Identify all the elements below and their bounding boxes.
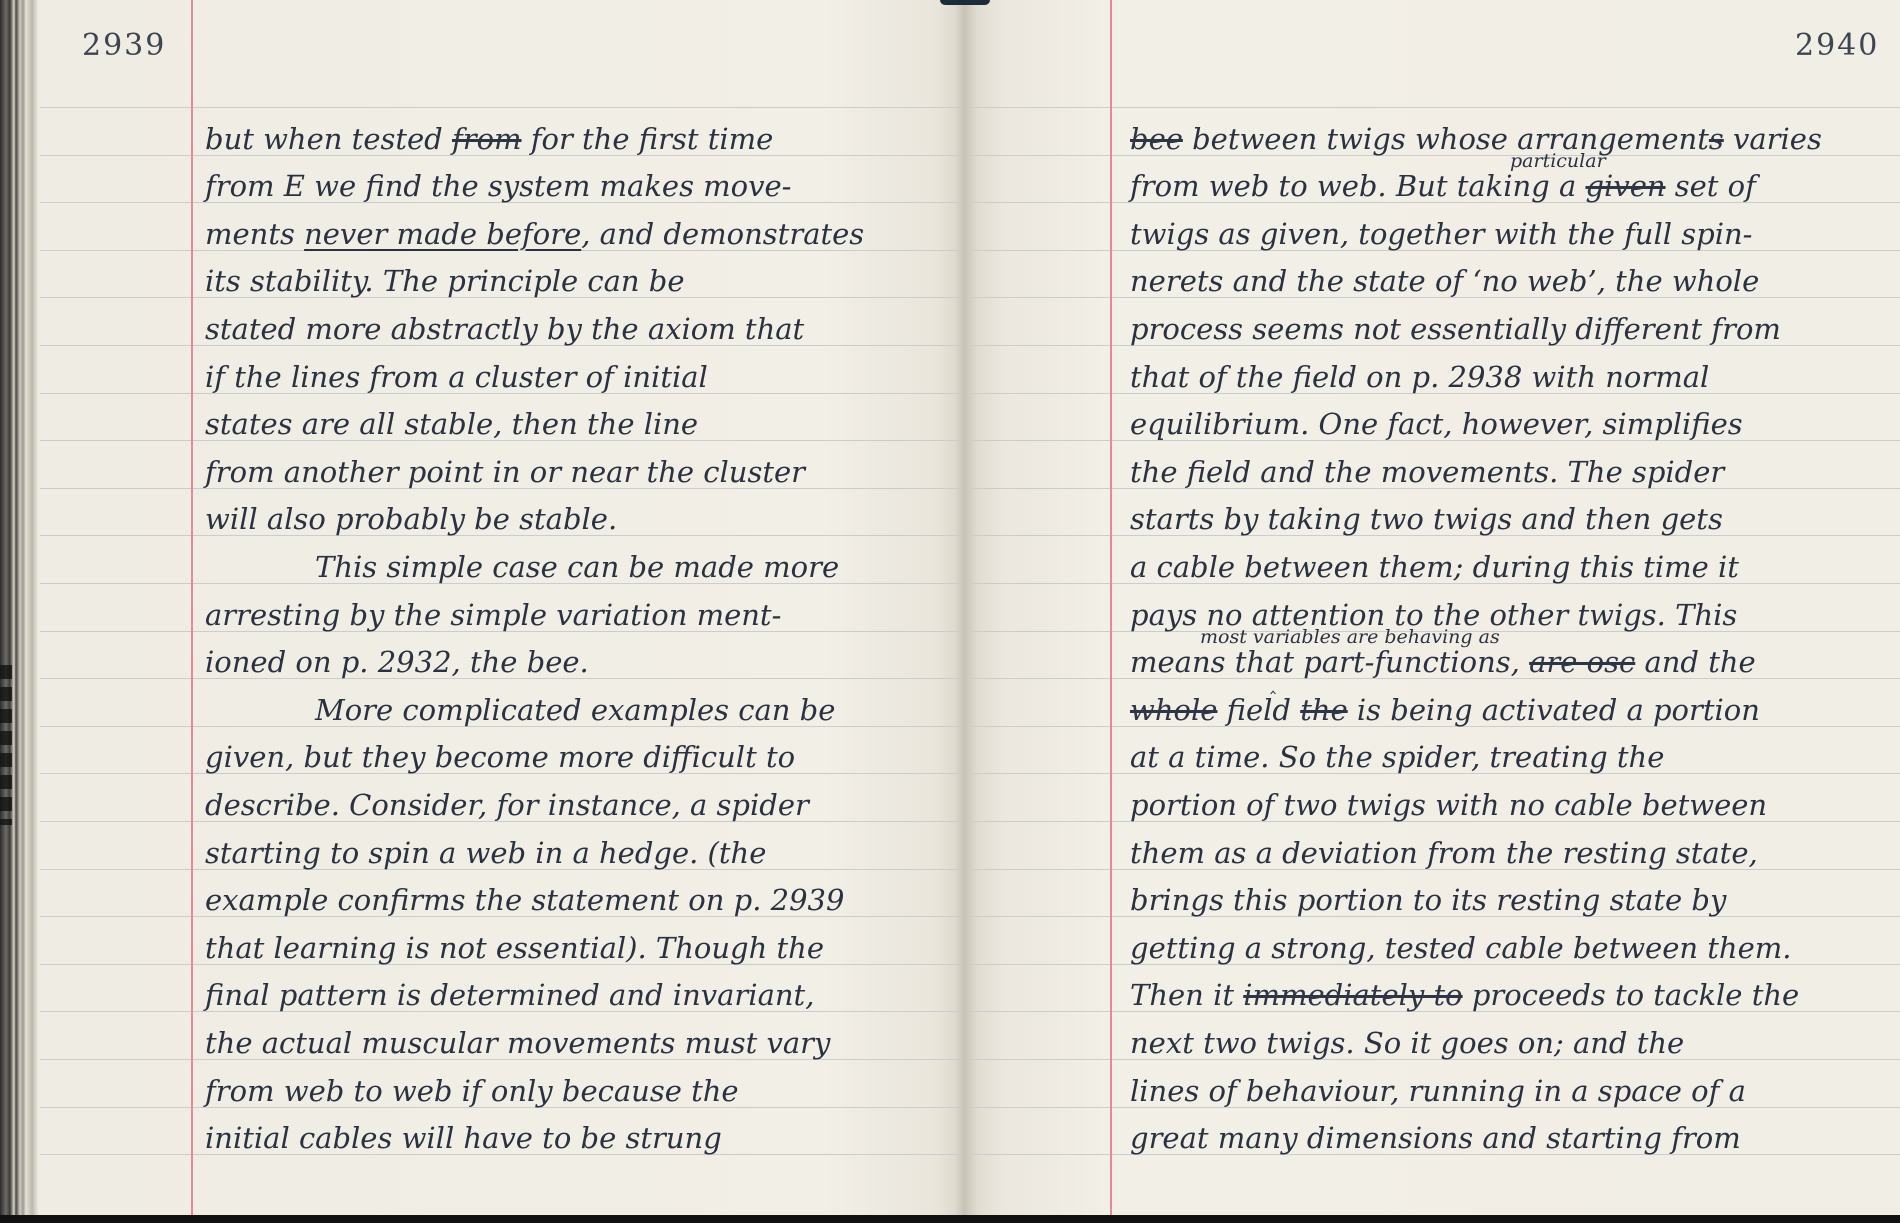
struck-text: s <box>1709 122 1724 156</box>
text-segment: nerets and the state of ‘no web’, the wh… <box>1130 264 1759 298</box>
text-segment: set of <box>1666 169 1756 203</box>
text-segment: stated more abstractly by the axiom that <box>205 312 804 346</box>
struck-text: immediately to <box>1243 978 1462 1012</box>
handwritten-line: from E we find the system makes move- <box>205 172 792 201</box>
handwritten-line: starting to spin a web in a hedge. (the <box>205 839 766 868</box>
text-segment: getting a strong, tested cable between t… <box>1130 931 1792 965</box>
text-segment: is being activated a portion <box>1348 693 1760 727</box>
handwritten-line: example confirms the statement on p. 293… <box>205 886 844 915</box>
text-segment: part-functions, <box>1303 645 1529 679</box>
text-segment: great many dimensions and starting from <box>1130 1121 1741 1155</box>
text-segment: arresting by the simple variation ment- <box>205 598 781 632</box>
spine-gutter <box>955 0 977 1215</box>
handwritten-line: initial cables will have to be strung <box>205 1124 722 1153</box>
text-segment: ioned on p. 2932, the bee. <box>205 645 589 679</box>
handwritten-line: nerets and the state of ‘no web’, the wh… <box>1130 267 1759 296</box>
text-segment: states are all stable, then the line <box>205 407 698 441</box>
handwritten-line: the field and the movements. The spider <box>1130 458 1724 487</box>
handwritten-line: stated more abstractly by the axiom that <box>205 315 804 344</box>
handwritten-line: that of the field on p. 2938 with normal <box>1130 363 1709 392</box>
handwritten-line: ioned on p. 2932, the bee. <box>205 648 589 677</box>
text-segment: field <box>1217 693 1300 727</box>
handwritten-line: the actual muscular movements must vary <box>205 1029 830 1058</box>
text-segment: from E we find the system makes move- <box>205 169 792 203</box>
interlinear-insertion: most variables are behaving as <box>1200 626 1500 648</box>
text-segment: More complicated examples can be <box>315 693 835 727</box>
handwritten-line: whole field the is being activated a por… <box>1130 696 1760 725</box>
left-page-number: 2939 <box>82 28 166 63</box>
handwritten-line: lines of behaviour, running in a space o… <box>1130 1077 1746 1106</box>
handwritten-line: final pattern is determined and invarian… <box>205 981 814 1010</box>
text-segment: them as a deviation from the resting sta… <box>1130 836 1758 870</box>
handwritten-line: means that part-functions, are osc and t… <box>1130 648 1756 677</box>
ruled-line <box>40 107 960 108</box>
text-segment: and the <box>1635 645 1755 679</box>
notebook-binding-edge <box>0 0 38 1215</box>
handwritten-line: given, but they become more difficult to <box>205 743 795 772</box>
handwritten-line: next two twigs. So it goes on; and the <box>1130 1029 1684 1058</box>
handwritten-line: process seems not essentially different … <box>1130 315 1781 344</box>
notebook-spread: 2939 2940 but when tested from for the f… <box>0 0 1900 1215</box>
text-segment: between twigs whose arrangement <box>1183 122 1709 156</box>
text-segment: example confirms the statement on p. 293… <box>205 883 844 917</box>
text-segment: twigs as given, together with the full s… <box>1130 217 1752 251</box>
handwritten-line: bee between twigs whose arrangements var… <box>1130 125 1822 154</box>
text-segment: , and demonstrates <box>581 217 864 251</box>
text-segment: brings this portion to its resting state… <box>1130 883 1726 917</box>
text-segment: This simple case can be made more <box>315 550 839 584</box>
text-segment: a cable between them; during this time i… <box>1130 550 1739 584</box>
text-segment: given, but they become more difficult to <box>205 740 795 774</box>
handwritten-line: great many dimensions and starting from <box>1130 1124 1741 1153</box>
handwritten-line: its stability. The principle can be <box>205 267 685 296</box>
handwritten-line: ments never made before, and demonstrate… <box>205 220 864 249</box>
text-segment: portion of two twigs with no cable betwe… <box>1130 788 1767 822</box>
text-segment: at a time. So the spider, treating the <box>1130 740 1664 774</box>
text-segment: but when tested <box>205 122 452 156</box>
text-segment: that learning is not essential). Though … <box>205 931 824 965</box>
struck-text: from <box>452 122 522 156</box>
text-segment: proceeds to tackle the <box>1463 978 1800 1012</box>
handwritten-line: but when tested from for the first time <box>205 125 773 154</box>
text-segment: from web to web. But taking a <box>1130 169 1585 203</box>
struck-text: the <box>1300 693 1348 727</box>
text-segment: describe. Consider, for instance, a spid… <box>205 788 809 822</box>
spine-cap <box>940 0 990 5</box>
text-segment: Then it <box>1130 978 1243 1012</box>
handwritten-line: that learning is not essential). Though … <box>205 934 824 963</box>
text-segment: final pattern is determined and invarian… <box>205 978 814 1012</box>
handwritten-line: from web to web. But taking a given set … <box>1130 172 1756 201</box>
text-segment: will also probably be stable. <box>205 502 617 536</box>
text-segment: process seems not essentially different … <box>1130 312 1781 346</box>
text-segment: the field and the movements. The spider <box>1130 455 1724 489</box>
text-segment: its stability. The principle can be <box>205 264 685 298</box>
interlinear-insertion: particular <box>1510 150 1606 172</box>
text-segment: varies <box>1724 122 1822 156</box>
handwritten-line: if the lines from a cluster of initial <box>205 363 708 392</box>
right-page-margin-line <box>1110 0 1112 1215</box>
left-page-margin-line <box>191 0 193 1215</box>
handwritten-line: them as a deviation from the resting sta… <box>1130 839 1758 868</box>
handwritten-line: starts by taking two twigs and then gets <box>1130 505 1723 534</box>
text-segment: equilibrium. One fact, however, simplifi… <box>1130 407 1743 441</box>
struck-text: whole <box>1130 693 1217 727</box>
handwritten-line: will also probably be stable. <box>205 505 617 534</box>
text-segment: ments <box>205 217 304 251</box>
text-segment: the actual muscular movements must vary <box>205 1026 830 1060</box>
text-segment: from web to web if only because the <box>205 1074 739 1108</box>
handwritten-line: This simple case can be made more <box>315 553 839 582</box>
handwritten-line: arresting by the simple variation ment- <box>205 601 781 630</box>
text-segment: for the first time <box>522 122 774 156</box>
text-segment: means that <box>1130 645 1303 679</box>
handwritten-line: twigs as given, together with the full s… <box>1130 220 1752 249</box>
handwritten-line: equilibrium. One fact, however, simplifi… <box>1130 410 1743 439</box>
handwritten-line: states are all stable, then the line <box>205 410 698 439</box>
struck-text: given <box>1585 169 1665 203</box>
handwritten-line: at a time. So the spider, treating the <box>1130 743 1664 772</box>
handwritten-line: from web to web if only because the <box>205 1077 739 1106</box>
handwritten-line: portion of two twigs with no cable betwe… <box>1130 791 1767 820</box>
handwritten-line: Then it immediately to proceeds to tackl… <box>1130 981 1799 1010</box>
right-page-number: 2940 <box>1795 28 1879 63</box>
underlined-text: never made before <box>304 217 581 251</box>
struck-text: are osc <box>1529 645 1635 679</box>
text-segment: initial cables will have to be strung <box>205 1121 722 1155</box>
text-segment: next two twigs. So it goes on; and the <box>1130 1026 1684 1060</box>
struck-text: bee <box>1130 122 1183 156</box>
handwritten-line: from another point in or near the cluste… <box>205 458 805 487</box>
text-segment: lines of behaviour, running in a space o… <box>1130 1074 1746 1108</box>
handwritten-line: More complicated examples can be <box>315 696 835 725</box>
spine-label <box>0 665 12 825</box>
handwritten-line: brings this portion to its resting state… <box>1130 886 1726 915</box>
text-segment: starting to spin a web in a hedge. (the <box>205 836 766 870</box>
handwritten-line: describe. Consider, for instance, a spid… <box>205 791 809 820</box>
text-segment: if the lines from a cluster of initial <box>205 360 708 394</box>
table-surface <box>0 1215 1900 1223</box>
handwritten-line: getting a strong, tested cable between t… <box>1130 934 1792 963</box>
handwritten-line: a cable between them; during this time i… <box>1130 553 1739 582</box>
text-segment: starts by taking two twigs and then gets <box>1130 502 1723 536</box>
text-segment: that of the field on p. 2938 with normal <box>1130 360 1709 394</box>
text-segment: from another point in or near the cluste… <box>205 455 805 489</box>
